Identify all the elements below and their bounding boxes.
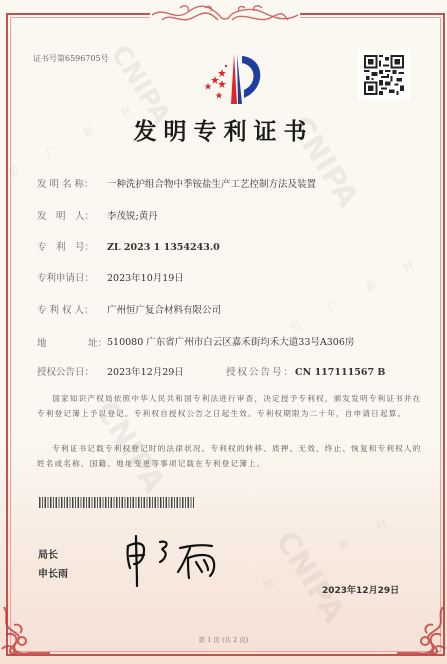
- field-value: CN 117111567 B: [295, 367, 385, 378]
- field-patent-number: 专 利 号：ZL 2023 1 1354243.0: [37, 239, 220, 253]
- field-value: 2023年10月19日: [107, 273, 184, 284]
- field-value: 一种洗护组合物中季铵盐生产工艺控制方法及装置: [107, 179, 316, 190]
- field-label: 发 明 名 称：: [37, 176, 107, 190]
- barcode: [39, 497, 194, 508]
- certificate-number: 证书号第6596705号: [33, 53, 109, 64]
- legal-paragraph-1: 国家知识产权局依照中华人民共和国专利法进行审查，决定授予专利权，颁发发明专利证书…: [37, 391, 422, 421]
- top-ornament-decoration: [150, 2, 300, 28]
- legal-paragraph-2: 专利证书记载专利权登记时的法律状况。专利权的转移、质押、无效、终止、恢复和专利权…: [37, 441, 422, 471]
- label-part: 址：: [88, 335, 107, 349]
- field-label: 专 利 号：: [37, 239, 107, 253]
- patent-certificate: CNIPA CNIPA CNIPA CNIPA 恒 广 新 材 恒 广 新 材 …: [0, 0, 447, 664]
- label-part: 地: [37, 338, 47, 349]
- field-label: 专利申请日：: [37, 270, 107, 284]
- qr-code: [358, 50, 410, 100]
- field-value: ZL 2023 1 1354243.0: [107, 242, 220, 253]
- field-label: 授权公告日：: [37, 364, 107, 378]
- field-value: 李茂锐;黄丹: [107, 211, 158, 222]
- field-value: 2023年12月29日: [107, 367, 184, 378]
- director-signature: [120, 528, 235, 588]
- issue-date: 2023年12月29日: [322, 583, 399, 596]
- field-value: 广州恒广复合材料有限公司: [107, 305, 221, 316]
- field-patentee: 专 利 权 人：广州恒广复合材料有限公司: [37, 302, 221, 316]
- field-value: 510080 广东省广州市白云区嘉禾街均禾大道33号A306房: [107, 335, 407, 350]
- page-indicator: 第 1 页 (共 2 页): [0, 635, 447, 644]
- corner-ornament-bottom-left: [0, 605, 50, 660]
- director-block: 局长 申长雨: [38, 546, 68, 584]
- certificate-title: 发明专利证书: [0, 113, 447, 146]
- field-label: 发 明 人：: [37, 208, 107, 222]
- director-title: 局长: [38, 546, 68, 565]
- field-label: 专 利 权 人：: [37, 302, 107, 316]
- field-filing-date: 专利申请日：2023年10月19日: [37, 270, 184, 284]
- field-invention-name: 发 明 名 称：一种洗护组合物中季铵盐生产工艺控制方法及装置: [37, 176, 316, 190]
- field-grant-pub-date: 授权公告日：2023年12月29日: [37, 364, 184, 378]
- corner-ornament-bottom-right: [397, 605, 447, 660]
- field-label: 地址：: [37, 335, 107, 349]
- director-name: 申长雨: [38, 565, 68, 584]
- cnipa-logo-icon: [187, 48, 267, 110]
- field-grant-pub-number: 授权公告号：CN 117111567 B: [226, 364, 385, 378]
- field-inventor: 发 明 人：李茂锐;黄丹: [37, 208, 158, 222]
- field-label: 授权公告号：: [226, 367, 295, 378]
